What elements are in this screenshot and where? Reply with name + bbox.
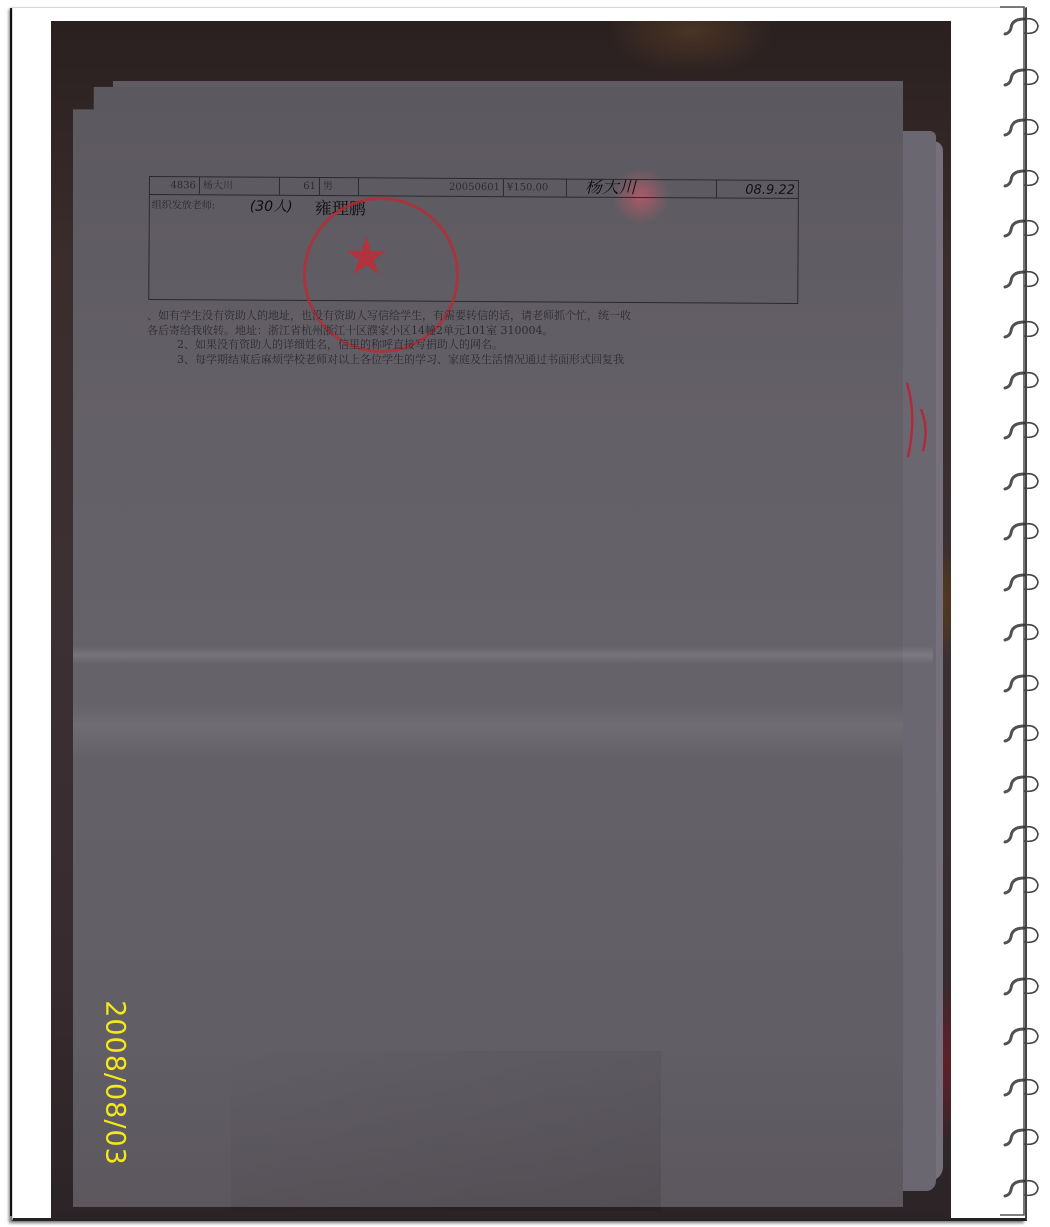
binding-ring-icon — [1000, 415, 1050, 445]
binding-ring-icon — [1000, 870, 1050, 900]
binding-ring-icon — [1000, 365, 1050, 395]
note-line: 3、每学期结束后麻烦学校老师对以上各位学生的学习、家庭及生活情况通过书面形式回复… — [147, 353, 807, 368]
binding-ring-icon — [1000, 819, 1050, 849]
seal-star-icon: ★ — [343, 231, 390, 283]
table-row: 4836 杨大川 61 男 20050601 ¥150.00 杨大川 08.9.… — [150, 177, 798, 199]
binding-ring-icon — [1000, 11, 1050, 41]
binding-ring-icon — [1000, 516, 1050, 546]
binding-ring-icon — [1000, 769, 1050, 799]
binding-ring-icon — [1000, 1122, 1050, 1152]
binding-ring-icon — [1000, 920, 1050, 950]
sign-date: 08.9.22 — [717, 180, 798, 197]
binding-ring-icon — [1000, 1072, 1050, 1102]
teacher-count: (30人) — [250, 196, 293, 216]
binding-ring-icon — [1000, 668, 1050, 698]
recipient-signature: 杨大川 — [567, 180, 717, 198]
camera-date-stamp: 2008/08/03 — [99, 978, 131, 1188]
binding-ring-icon — [1000, 62, 1050, 92]
start-date: 20050601 — [359, 178, 504, 196]
binding-ring-icon — [1000, 466, 1050, 496]
paper-fold-line — [73, 646, 933, 664]
binding-ring-icon — [1000, 314, 1050, 344]
notebook-frame: 4836 杨大川 61 男 20050601 ¥150.00 杨大川 08.9.… — [12, 7, 1027, 1221]
date-stamp-text: 2008/08/03 — [100, 1000, 131, 1166]
student-record-table: 4836 杨大川 61 男 20050601 ¥150.00 杨大川 08.9.… — [148, 176, 799, 304]
binding-ring-icon — [1000, 163, 1050, 193]
binding-ring-icon — [1000, 971, 1050, 1001]
note-line: 2、如果没有资助人的详细姓名，信里的称呼直接写捐助人的网名。 — [147, 338, 807, 353]
instruction-notes: 、如有学生没有资助人的地址，也没有资助人写信给学生，有需要转信的话，请老师抓个忙… — [147, 309, 807, 367]
red-stamp-edge — [903, 381, 933, 461]
binding-ring-icon — [1000, 213, 1050, 243]
binding-ring-icon — [1000, 567, 1050, 597]
binding-ring-icon — [1000, 1173, 1050, 1203]
student-gender: 男 — [320, 178, 359, 195]
note-line: 各后寄给我收转。地址：浙江省杭州浙江十区濮家小区14幢2单元101室 31000… — [147, 324, 807, 339]
student-name: 杨大川 — [200, 177, 280, 194]
binding-ring-icon — [1000, 718, 1050, 748]
binding-ring-icon — [1000, 617, 1050, 647]
binding-ring-icon — [1000, 112, 1050, 142]
teacher-label: 组织发放老师: — [152, 196, 215, 211]
paper-fold-shadow — [231, 1051, 661, 1211]
amount: ¥150.00 — [504, 179, 567, 196]
student-age: 61 — [280, 178, 320, 195]
background-fabric-pattern — [611, 21, 771, 71]
note-line: 、如有学生没有资助人的地址，也没有资助人写信给学生，有需要转信的话，请老师抓个忙… — [147, 309, 807, 324]
binding-ring-icon — [1000, 1021, 1050, 1051]
spiral-binding — [1000, 0, 1050, 1227]
student-id: 4836 — [150, 177, 200, 194]
document-photo: 4836 杨大川 61 男 20050601 ¥150.00 杨大川 08.9.… — [51, 21, 951, 1219]
binding-ring-icon — [1000, 264, 1050, 294]
